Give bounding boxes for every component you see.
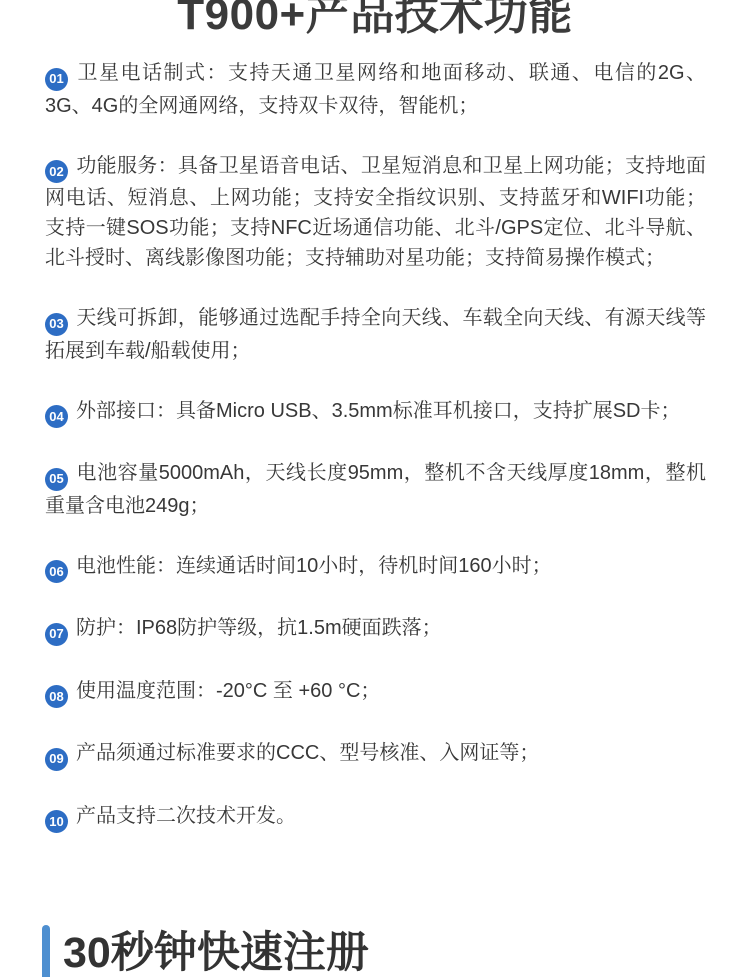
feature-text: 产品支持二次技术开发。	[76, 805, 296, 827]
feature-item: 09产品须通过标准要求的CCC、型号核准、入网证等；	[45, 738, 706, 771]
feature-number-badge: 05	[45, 468, 68, 491]
feature-text: 外部接口：具备Micro USB、3.5mm标准耳机接口，支持扩展SD卡；	[76, 400, 680, 422]
feature-item: 03天线可拆卸，能够通过选配手持全向天线、车载全向天线、有源天线等拓展到车载/船…	[45, 303, 706, 366]
feature-text: 天线可拆卸，能够通过选配手持全向天线、车载全向天线、有源天线等拓展到车载/船载使…	[45, 307, 706, 362]
feature-item: 02功能服务：具备卫星语音电话、卫星短消息和卫星上网功能；支持地面网电话、短消息…	[45, 151, 706, 274]
section-title: 30秒钟快速注册	[63, 925, 369, 977]
feature-text: 电池容量5000mAh，天线长度95mm，整机不含天线厚度18mm，整机重量含电…	[45, 462, 706, 517]
product-spec-page: T900+产品技术功能 01卫星电话制式：支持天通卫星网络和地面移动、联通、电信…	[0, 0, 750, 833]
feature-item: 01卫星电话制式：支持天通卫星网络和地面移动、联通、电信的2G、3G、4G的全网…	[45, 58, 706, 121]
accent-bar	[42, 925, 50, 977]
feature-item: 05电池容量5000mAh，天线长度95mm，整机不含天线厚度18mm，整机重量…	[45, 458, 706, 521]
feature-number-badge: 06	[45, 560, 68, 583]
feature-text: 功能服务：具备卫星语音电话、卫星短消息和卫星上网功能；支持地面网电话、短消息、上…	[45, 155, 706, 270]
feature-text: 防护：IP68防护等级，抗1.5m硬面跌落；	[76, 617, 442, 639]
feature-number-badge: 03	[45, 313, 68, 336]
feature-item: 08使用温度范围：-20°C 至 +60 °C；	[45, 676, 706, 709]
feature-text: 电池性能：连续通话时间10小时，待机时间160小时；	[76, 555, 552, 577]
section-header: 30秒钟快速注册	[42, 925, 369, 977]
feature-item: 10产品支持二次技术开发。	[45, 801, 706, 834]
feature-list: 01卫星电话制式：支持天通卫星网络和地面移动、联通、电信的2G、3G、4G的全网…	[0, 40, 750, 833]
feature-text: 使用温度范围：-20°C 至 +60 °C；	[76, 680, 380, 702]
feature-item: 07防护：IP68防护等级，抗1.5m硬面跌落；	[45, 613, 706, 646]
feature-number-badge: 08	[45, 685, 68, 708]
feature-item: 06电池性能：连续通话时间10小时，待机时间160小时；	[45, 551, 706, 584]
feature-number-badge: 04	[45, 405, 68, 428]
feature-number-badge: 09	[45, 748, 68, 771]
feature-item: 04外部接口：具备Micro USB、3.5mm标准耳机接口，支持扩展SD卡；	[45, 396, 706, 429]
feature-text: 产品须通过标准要求的CCC、型号核准、入网证等；	[76, 742, 539, 764]
feature-number-badge: 10	[45, 810, 68, 833]
feature-number-badge: 02	[45, 160, 68, 183]
feature-number-badge: 07	[45, 623, 68, 646]
feature-text: 卫星电话制式：支持天通卫星网络和地面移动、联通、电信的2G、3G、4G的全网通网…	[45, 62, 706, 117]
feature-number-badge: 01	[45, 68, 68, 91]
page-title: T900+产品技术功能	[0, 0, 750, 40]
